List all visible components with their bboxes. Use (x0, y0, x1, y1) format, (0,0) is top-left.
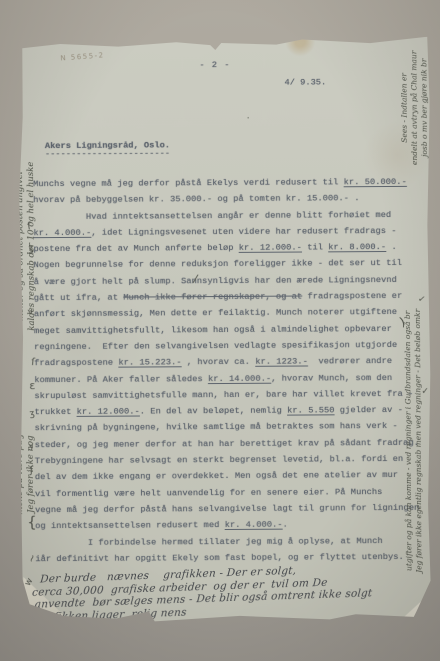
typed-text: . (386, 242, 397, 252)
typed-text: . (283, 520, 288, 530)
pencil-mark: ɛ (29, 379, 35, 392)
typed-text: fradragspostene er (302, 291, 402, 302)
typed-text: Trebygningene har selvsagt en sterkt beg… (35, 454, 403, 466)
underlined-amount: kr. 12.000.- (239, 243, 302, 253)
typed-text: meget samvittighetsfullt, likesom han og… (34, 324, 392, 336)
underlined-amount: kr. 5.550 (287, 405, 334, 415)
typed-text: postene fra det av Munch anførte beløp (33, 243, 238, 254)
pencil-mark: { (27, 513, 37, 531)
margin-note-left-lower: mene på være på J Jeg fører ikke nog (14, 379, 37, 569)
typed-text: . En del av beløpet, nemlig (140, 406, 287, 417)
typed-line: Munchs vegne må jeg derfor påstå Ekelys … (33, 174, 429, 193)
page-number: - 2 - (199, 60, 230, 70)
underlined-amount: kr. 4.000.- (33, 228, 91, 238)
typed-text: Nogen begrunnelse for denne reduksjon fo… (34, 258, 402, 270)
handwritten-note: Der burde nævnes grafikken - Der er solg… (30, 560, 433, 624)
typed-text: vegne må jeg derfor påstå hans selvangiv… (35, 503, 419, 515)
document-page: N 5655-2 - 2 - 4/ 9.35. Akers Ligningsrå… (14, 35, 434, 624)
underlined-amount: kr. 12.000.- (77, 407, 140, 417)
pencil-mark: ʒ (29, 409, 35, 420)
typed-text: å være gjort helt på slump. Sannsynligvi… (34, 275, 397, 287)
pencil-mark: ʒ (28, 244, 34, 254)
typed-text: gjelder av - (335, 405, 403, 415)
typed-text: gått ut ifra, at (34, 293, 124, 304)
margin-note-right-upper: Sees - Indtallen er endelt at avtryn på … (399, 38, 430, 178)
typed-text: trukket (34, 407, 76, 417)
typed-text: regningene. Efter den selvangivelsen ved… (34, 340, 397, 352)
typed-text: del av dem ikke engang er overdekket. Me… (35, 470, 398, 482)
letter-date: 4/ 9.35. (284, 77, 326, 87)
typed-body: Munchs vegne må jeg derfor påstå Ekelys … (33, 174, 431, 568)
typed-text: til (302, 243, 328, 253)
pencil-mark: · (247, 114, 250, 124)
typed-text: , hvorav ca. (182, 357, 256, 367)
photo-background: N 5655-2 - 2 - 4/ 9.35. Akers Ligningsrå… (0, 0, 440, 661)
typed-line: anført skjønnsmessig, Men dette er feila… (34, 304, 430, 323)
underlined-amount: kr. 8.000.- (328, 242, 386, 252)
typed-text: skrivning på bygningene, hvilke samtlige… (35, 421, 398, 433)
typed-text: skrupuløst samvittighetsfulle mann, han … (34, 389, 413, 401)
typed-text: Hvad inntektsansettelsen angår er denne … (33, 210, 391, 222)
typed-text: , idet Ligningsvesenet uten videre har r… (91, 226, 396, 238)
typed-text: steder, og jeg mener derfor at han har b… (35, 438, 419, 450)
addressee-underline: ------------------------ (45, 148, 170, 159)
underlined-amount: kr. 1223.- (255, 357, 308, 367)
margin-note-right-lower: utgifter og på kan komme - ved regninger… (403, 306, 425, 576)
typed-text: hvorav på bebyggelsen kr. 35.000.- og på… (33, 193, 359, 205)
archival-stamp: N 5655-2 (60, 51, 105, 62)
underlined-amount: kr. 4.000.- (225, 520, 283, 530)
pencil-mark: ʃ (30, 465, 33, 476)
underlined-amount: kr. 50.000.- (344, 177, 407, 187)
typed-line: vegne må jeg derfor påstå hans selvangiv… (35, 500, 431, 519)
underlined-amount: kr. 14.000.- (208, 373, 271, 383)
pencil-mark: ſ (27, 221, 32, 232)
typed-text: Munchs vegne må jeg derfor påstå Ekelys … (33, 177, 344, 189)
struck-text: Munch ikke fører regnskaper, og at (123, 292, 302, 303)
underlined-amount: kr. 15.223.- (118, 358, 181, 368)
pencil-mark: ſ (31, 357, 36, 368)
pencil-mark: ✓ (421, 387, 429, 397)
typed-text: vedrører andre (308, 356, 392, 367)
margin-note-left-upper: mener og så ordnet posten angivel kaldes… (15, 151, 38, 341)
typed-text: fradragspostene (34, 358, 118, 369)
typed-line: del av dem ikke engang er overdekket. Me… (35, 467, 431, 486)
typed-text: vil formentlig være helt uanvendelig for… (35, 487, 382, 499)
typed-text: og inntektsansettelsen redusert med (35, 520, 225, 531)
typed-text: , hvorav Munch, som den (271, 373, 392, 384)
typed-text: I forbindelse hermed tillater jeg mig å … (35, 536, 382, 548)
typed-line: fradragspostene kr. 15.223.- , hvorav ca… (34, 353, 430, 372)
typed-text: anført skjønnsmessig, Men dette er feila… (34, 307, 397, 319)
typed-text: kommuner. På Aker faller således (34, 374, 208, 385)
